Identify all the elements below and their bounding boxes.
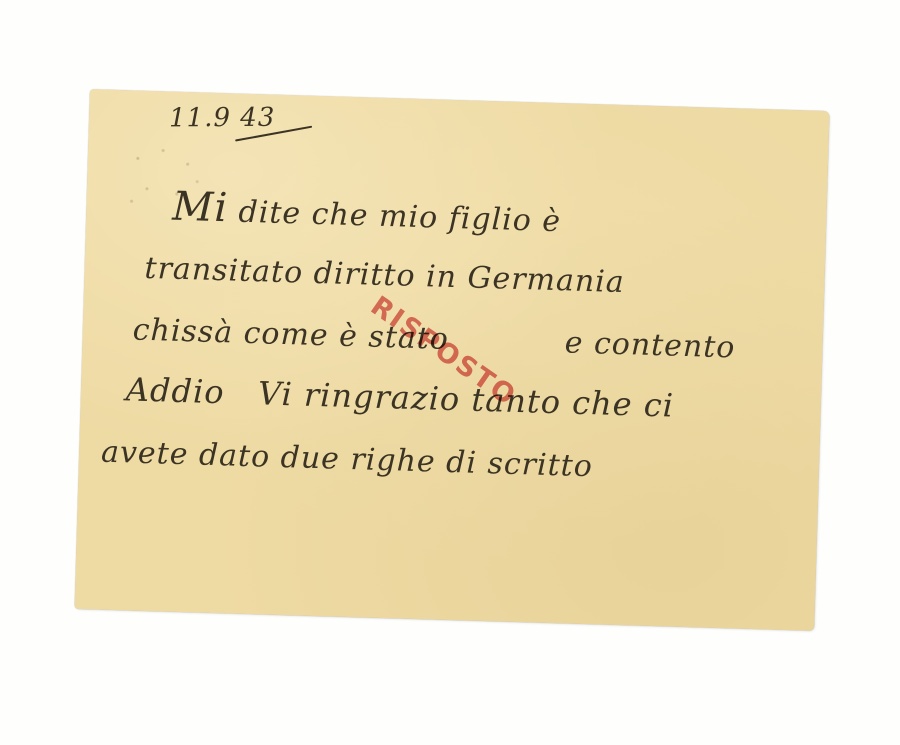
date: 11.9 43 [169,103,275,134]
text-line-5: avete dato due righe di scritto [101,435,594,485]
scan-background: 11.9 43 Mi dite che mio figlio è transit… [0,0,900,745]
line-1-text: dite che mio figlio è [228,194,562,239]
text-line-1: Mi dite che mio figlio è [172,184,562,242]
text-line-4: Addio Vi ringrazio tanto che ci [125,370,674,424]
postcard: 11.9 43 Mi dite che mio figlio è transit… [74,89,829,631]
initial-letter: Mi [172,184,229,232]
